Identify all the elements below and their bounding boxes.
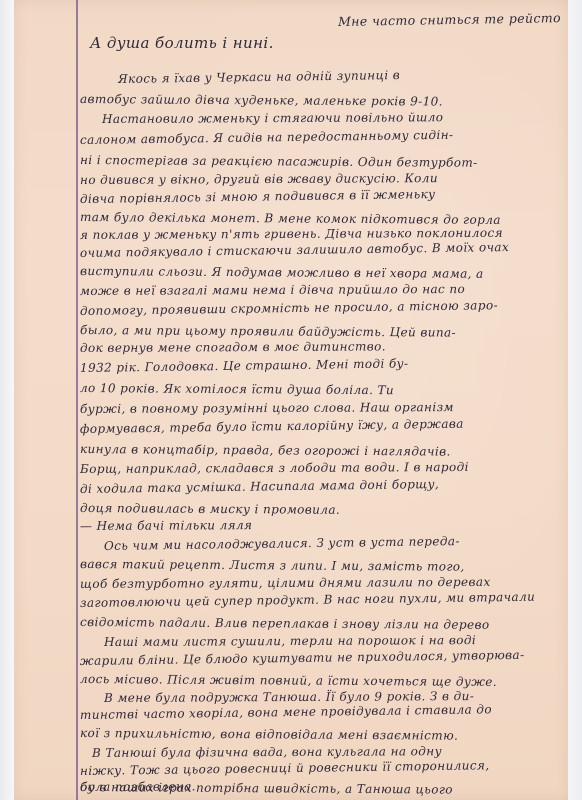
handwritten-line: виступили сльози. Я подумав можливо в не… bbox=[80, 264, 484, 281]
handwritten-line: автобус зайшло дівча худеньке, маленьке … bbox=[80, 92, 443, 109]
handwritten-line: кинула в концтабір, правда, без огорожі … bbox=[80, 442, 451, 459]
handwritten-line: Борщ, наприклад, складався з лободи та в… bbox=[80, 460, 469, 476]
handwritten-line: була позбавлена. bbox=[80, 779, 196, 794]
handwritten-line: док вернув мене спогадом в моє дитинство… bbox=[80, 339, 386, 355]
handwritten-line: щоб безтурботно гуляти, цілими днями лаз… bbox=[80, 575, 491, 591]
handwritten-line: вався такий рецепт. Листя з липи. І ми, … bbox=[80, 557, 465, 574]
handwritten-line: В Танюші була фізична вада, вона кульгал… bbox=[92, 744, 442, 760]
handwritten-line: было, а ми при цьому проявили байдужість… bbox=[80, 323, 456, 340]
handwritten-line: доця подивилась в миску і промовила. bbox=[80, 501, 340, 517]
handwritten-line: — Нема бачі тільки ляля bbox=[80, 518, 252, 533]
scan-border-left bbox=[0, 0, 14, 800]
handwritten-line: я поклав у жменьку п'ять гривень. Дівча … bbox=[80, 226, 503, 242]
handwritten-line: ло 10 років. Як хотілося їсти душа боліл… bbox=[80, 381, 394, 397]
handwritten-line: Наші мами листя сушили, терли на порошок… bbox=[104, 633, 476, 649]
handwritten-line: буржі, в повному розумінні цього слова. … bbox=[80, 400, 454, 416]
letter-title: А душа болить і нині. bbox=[90, 34, 274, 52]
handwritten-line: Настановило жменьку і стягаючи повільно … bbox=[102, 110, 443, 126]
scan-border-right bbox=[568, 0, 582, 800]
handwritten-line: ні і спостерігав за реакцією пасажирів. … bbox=[80, 153, 478, 170]
handwritten-line: но дивився у вікно, другий вів жваву дис… bbox=[80, 171, 438, 187]
handwritten-line: там було декілька монет. В мене комок пі… bbox=[80, 210, 501, 227]
margin-rule-line bbox=[76, 0, 78, 800]
handwritten-line: кої з прихильністю, вона відповідала мен… bbox=[80, 726, 458, 743]
handwritten-line: може в неї взагалі мами нема і дівча при… bbox=[80, 282, 465, 298]
handwritten-line: свідомість падали. Влив переплакав і зно… bbox=[80, 615, 490, 632]
handwritten-line: лось місиво. Після живіт повний, а їсти … bbox=[80, 672, 497, 689]
